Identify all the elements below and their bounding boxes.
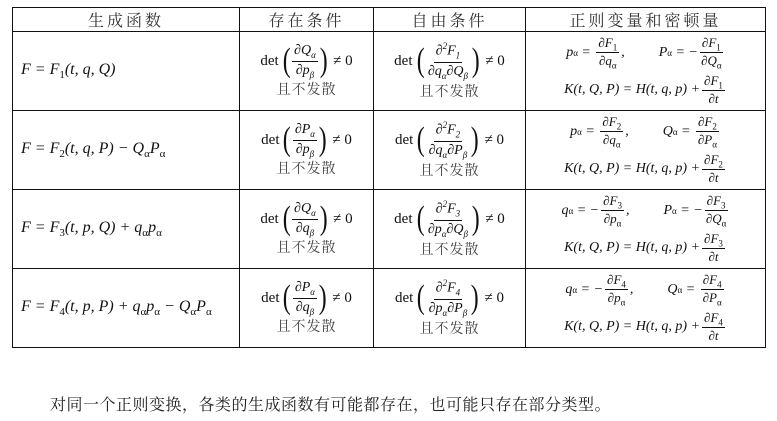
table-row: F = F4(t, p, P) + qαpα − QαPα det( ∂Pα∂q… <box>13 269 766 348</box>
freedom-determinant: det( ∂2F3∂pα∂Qβ )≠ 0 <box>394 199 505 238</box>
table-row: F = F3(t, p, Q) + qαpα det( ∂Qα∂qβ )≠ 0 … <box>13 190 766 269</box>
existence-determinant: det( ∂Qα∂qβ )≠ 0 <box>260 201 352 238</box>
canonical-cell: pα = ∂F2∂qα, Qα = ∂F2∂Pα K(t, Q, P) = H(… <box>526 111 766 190</box>
generating-function-formula: F = F1(t, q, Q) <box>21 61 116 78</box>
canonical-relation-1: qα = −∂F4∂pα, <box>565 272 633 308</box>
table-row: F = F2(t, q, P) − QαPα det( ∂Pα∂pβ )≠ 0 … <box>13 111 766 190</box>
canonical-cell: qα = −∂F4∂pα, Qα = ∂F4∂Pα K(t, Q, P) = H… <box>526 269 766 348</box>
freedom-note: 且不发散 <box>374 81 525 101</box>
canonical-relation-2: Pα = −∂F1∂Qα <box>659 35 725 71</box>
freedom-note: 且不发散 <box>374 239 525 259</box>
freedom-condition-cell: det( ∂2F3∂pα∂Qβ )≠ 0 且不发散 <box>374 190 526 269</box>
canonical-relation-2: Pα = −∂F3∂Qα <box>663 193 729 229</box>
header-canonical-variables-hamiltonian: 正则变量和密顿量 <box>526 8 766 32</box>
generating-function-cell: F = F2(t, q, P) − QαPα <box>13 111 240 190</box>
generating-function-formula: F = F4(t, p, P) + qαpα − QαPα <box>21 298 212 315</box>
existence-condition-cell: det( ∂Pα∂pβ )≠ 0 且不发散 <box>240 111 374 190</box>
footer-note: 对同一个正则变换，各类的生成函数有可能都存在，也可能只存在部分类型。 <box>50 392 611 415</box>
freedom-condition-cell: det( ∂2F2∂qα∂Pβ )≠ 0 且不发散 <box>374 111 526 190</box>
header-generating-function: 生成函数 <box>13 8 240 32</box>
existence-determinant: det( ∂Pα∂pβ )≠ 0 <box>261 122 352 159</box>
freedom-determinant: det( ∂2F2∂qα∂Pβ )≠ 0 <box>395 120 504 159</box>
existence-note: 且不发散 <box>240 237 373 257</box>
generating-function-formula: F = F2(t, q, P) − QαPα <box>21 140 165 157</box>
generating-function-formula: F = F3(t, p, Q) + qαpα <box>21 219 162 236</box>
hamiltonian-relation: K(t, Q, P) = H(t, q, p) +∂F4∂t <box>526 310 765 345</box>
canonical-cell: pα = ∂F1∂qα, Pα = −∂F1∂Qα K(t, Q, P) = H… <box>526 32 766 111</box>
existence-condition-cell: det( ∂Qα∂pβ )≠ 0 且不发散 <box>240 32 374 111</box>
table-row: F = F1(t, q, Q) det( ∂Qα∂pβ )≠ 0 且不发散 de… <box>13 32 766 111</box>
canonical-relation-2: Qα = ∂F4∂Pα <box>667 272 725 308</box>
generating-functions-table: 生成函数 存在条件 自由条件 正则变量和密顿量 F = F1(t, q, Q) … <box>12 7 766 348</box>
hamiltonian-relation: K(t, Q, P) = H(t, q, p) +∂F3∂t <box>526 231 765 266</box>
generating-function-cell: F = F1(t, q, Q) <box>13 32 240 111</box>
freedom-condition-cell: det( ∂2F4∂pα∂Pβ )≠ 0 且不发散 <box>374 269 526 348</box>
canonical-relation-1: qα = −∂F3∂pα, <box>561 193 629 229</box>
generating-function-cell: F = F3(t, p, Q) + qαpα <box>13 190 240 269</box>
canonical-relation-1: pα = ∂F2∂qα, <box>570 114 629 150</box>
header-existence-condition: 存在条件 <box>240 8 374 32</box>
freedom-note: 且不发散 <box>374 160 525 180</box>
canonical-cell: qα = −∂F3∂pα, Pα = −∂F3∂Qα K(t, Q, P) = … <box>526 190 766 269</box>
hamiltonian-relation: K(t, Q, P) = H(t, q, p) +∂F2∂t <box>526 152 765 187</box>
canonical-relation-1: pα = ∂F1∂qα, <box>566 35 625 71</box>
existence-note: 且不发散 <box>240 316 373 336</box>
existence-determinant: det( ∂Qα∂pβ )≠ 0 <box>260 43 352 80</box>
freedom-condition-cell: det( ∂2F1∂qα∂Qβ )≠ 0 且不发散 <box>374 32 526 111</box>
header-freedom-condition: 自由条件 <box>374 8 526 32</box>
existence-condition-cell: det( ∂Pα∂qβ )≠ 0 且不发散 <box>240 269 374 348</box>
table-header-row: 生成函数 存在条件 自由条件 正则变量和密顿量 <box>13 8 766 32</box>
existence-note: 且不发散 <box>240 79 373 99</box>
existence-condition-cell: det( ∂Qα∂qβ )≠ 0 且不发散 <box>240 190 374 269</box>
canonical-relation-2: Qα = ∂F2∂Pα <box>663 114 721 150</box>
existence-note: 且不发散 <box>240 158 373 178</box>
existence-determinant: det( ∂Pα∂qβ )≠ 0 <box>261 280 352 317</box>
generating-function-cell: F = F4(t, p, P) + qαpα − QαPα <box>13 269 240 348</box>
hamiltonian-relation: K(t, Q, P) = H(t, q, p) +∂F1∂t <box>526 73 765 108</box>
freedom-determinant: det( ∂2F1∂qα∂Qβ )≠ 0 <box>394 41 505 80</box>
freedom-determinant: det( ∂2F4∂pα∂Pβ )≠ 0 <box>395 278 504 317</box>
freedom-note: 且不发散 <box>374 318 525 338</box>
